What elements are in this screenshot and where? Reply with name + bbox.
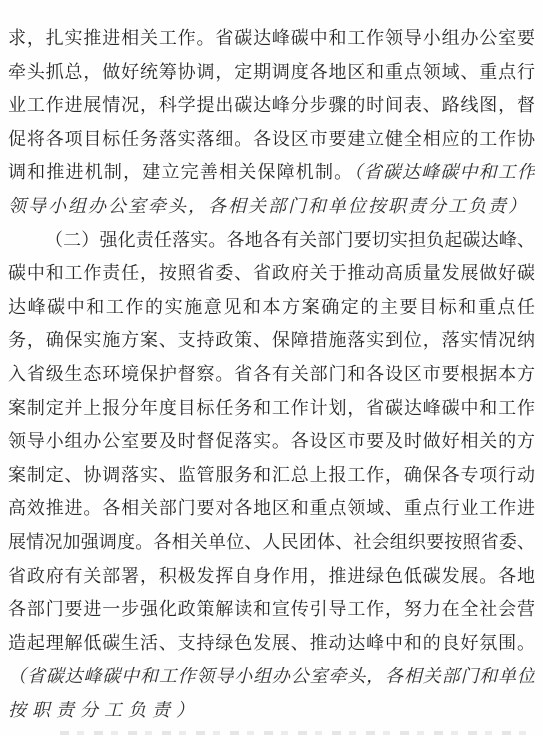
body-text-segment: 求，扎实推进相关工作。省碳达峰碳中和工作领导小组办公室要 (8, 28, 535, 48)
body-text-segment: （二）强化责任落实。各地各有关部门要切实担负起碳达峰、 (45, 230, 535, 250)
text-line: （省碳达峰碳中和工作领导小组办公室牵头，各相关部门和单位 (8, 660, 535, 694)
text-line: 领导小组办公室要及时督促落实。各设区市要及时做好相关的方 (8, 425, 535, 459)
body-text-segment: 务，确保实施方案、支持政策、保障措施落实到位，落实情况纳 (8, 330, 535, 350)
text-line: 业工作进展情况，科学提出碳达峰分步骤的时间表、路线图，督 (8, 89, 535, 123)
body-text-segment: 入省级生态环境保护督察。省各有关部门和各设区市要根据本方 (8, 364, 535, 384)
text-line: 展情况加强调度。各相关单位、人民团体、社会组织要按照省委、 (8, 526, 535, 560)
body-text-segment: 促将各项目标任务落实落细。各设区市要建立健全相应的工作协 (8, 129, 535, 149)
body-text-segment: 案制定并上报分年度目标任务和工作计划，省碳达峰碳中和工作 (8, 398, 535, 418)
text-line: 案制定并上报分年度目标任务和工作计划，省碳达峰碳中和工作 (8, 392, 535, 426)
body-text-segment: 各部门要进一步强化政策解读和宣传引导工作，努力在全社会营 (8, 599, 535, 619)
body-text-segment: 展情况加强调度。各相关单位、人民团体、社会组织要按照省委、 (8, 532, 535, 552)
text-line: 调和推进机制，建立完善相关保障机制。（省碳达峰碳中和工作 (8, 156, 535, 190)
text-line: 按职责分工负责） (8, 694, 535, 728)
partial-next-line-top-edge (60, 731, 533, 735)
document-text-block: 求，扎实推进相关工作。省碳达峰碳中和工作领导小组办公室要牵头抓总，做好统筹协调，… (8, 22, 535, 727)
paragraph-responsibility: （二）强化责任落实。各地各有关部门要切实担负起碳达峰、碳中和工作责任，按照省委、… (8, 224, 535, 728)
text-line: 牵头抓总，做好统筹协调，定期调度各地区和重点领域、重点行 (8, 56, 535, 90)
parenthetical-kai-text: （省碳达峰碳中和工作 (353, 162, 535, 182)
body-text-segment: 调和推进机制，建立完善相关保障机制。 (8, 162, 353, 182)
text-line: 高效推进。各相关部门要对各地区和重点领域、重点行业工作进 (8, 492, 535, 526)
text-line: 领导小组办公室牵头，各相关部门和单位按职责分工负责） (8, 190, 535, 224)
body-text-segment: 领导小组办公室要及时督促落实。各设区市要及时做好相关的方 (8, 431, 535, 451)
body-text-segment: 牵头抓总，做好统筹协调，定期调度各地区和重点领域、重点行 (8, 62, 535, 82)
text-line: 省政府有关部署，积极发挥自身作用，推进绿色低碳发展。各地 (8, 560, 535, 594)
parenthetical-kai-text: 领导小组办公室牵头，各相关部门和单位按职责分工负责） (8, 196, 528, 216)
text-line: 各部门要进一步强化政策解读和宣传引导工作，努力在全社会营 (8, 593, 535, 627)
text-line: 入省级生态环境保护督察。省各有关部门和各设区市要根据本方 (8, 358, 535, 392)
body-text-segment: 达峰碳中和工作的实施意见和本方案确定的主要目标和重点任 (8, 297, 535, 317)
body-text-segment: 高效推进。各相关部门要对各地区和重点领域、重点行业工作进 (8, 498, 535, 518)
body-text-segment: 碳中和工作责任，按照省委、省政府关于推动高质量发展做好碳 (8, 263, 535, 283)
text-line: 造起理解低碳生活、支持绿色发展、推动达峰中和的良好氛围。 (8, 627, 535, 661)
paragraph-coordination: 求，扎实推进相关工作。省碳达峰碳中和工作领导小组办公室要牵头抓总，做好统筹协调，… (8, 22, 535, 224)
text-line: （二）强化责任落实。各地各有关部门要切实担负起碳达峰、 (8, 224, 535, 258)
document-page: 求，扎实推进相关工作。省碳达峰碳中和工作领导小组办公室要牵头抓总，做好统筹协调，… (0, 0, 543, 735)
text-line: 求，扎实推进相关工作。省碳达峰碳中和工作领导小组办公室要 (8, 22, 535, 56)
body-text-segment: 案制定、协调落实、监管服务和汇总上报工作，确保各专项行动 (8, 465, 535, 485)
text-line: 务，确保实施方案、支持政策、保障措施落实到位，落实情况纳 (8, 324, 535, 358)
body-text-segment: 省政府有关部署，积极发挥自身作用，推进绿色低碳发展。各地 (8, 566, 535, 586)
body-text-segment: 造起理解低碳生活、支持绿色发展、推动达峰中和的良好氛围。 (8, 633, 535, 653)
text-line: 碳中和工作责任，按照省委、省政府关于推动高质量发展做好碳 (8, 257, 535, 291)
text-line: 促将各项目标任务落实落细。各设区市要建立健全相应的工作协 (8, 123, 535, 157)
body-text-segment: 业工作进展情况，科学提出碳达峰分步骤的时间表、路线图，督 (8, 95, 535, 115)
parenthetical-kai-text: 按职责分工负责） (8, 700, 200, 720)
text-line: 案制定、协调落实、监管服务和汇总上报工作，确保各专项行动 (8, 459, 535, 493)
parenthetical-kai-text: （省碳达峰碳中和工作领导小组办公室牵头，各相关部门和单位 (8, 666, 535, 686)
text-line: 达峰碳中和工作的实施意见和本方案确定的主要目标和重点任 (8, 291, 535, 325)
